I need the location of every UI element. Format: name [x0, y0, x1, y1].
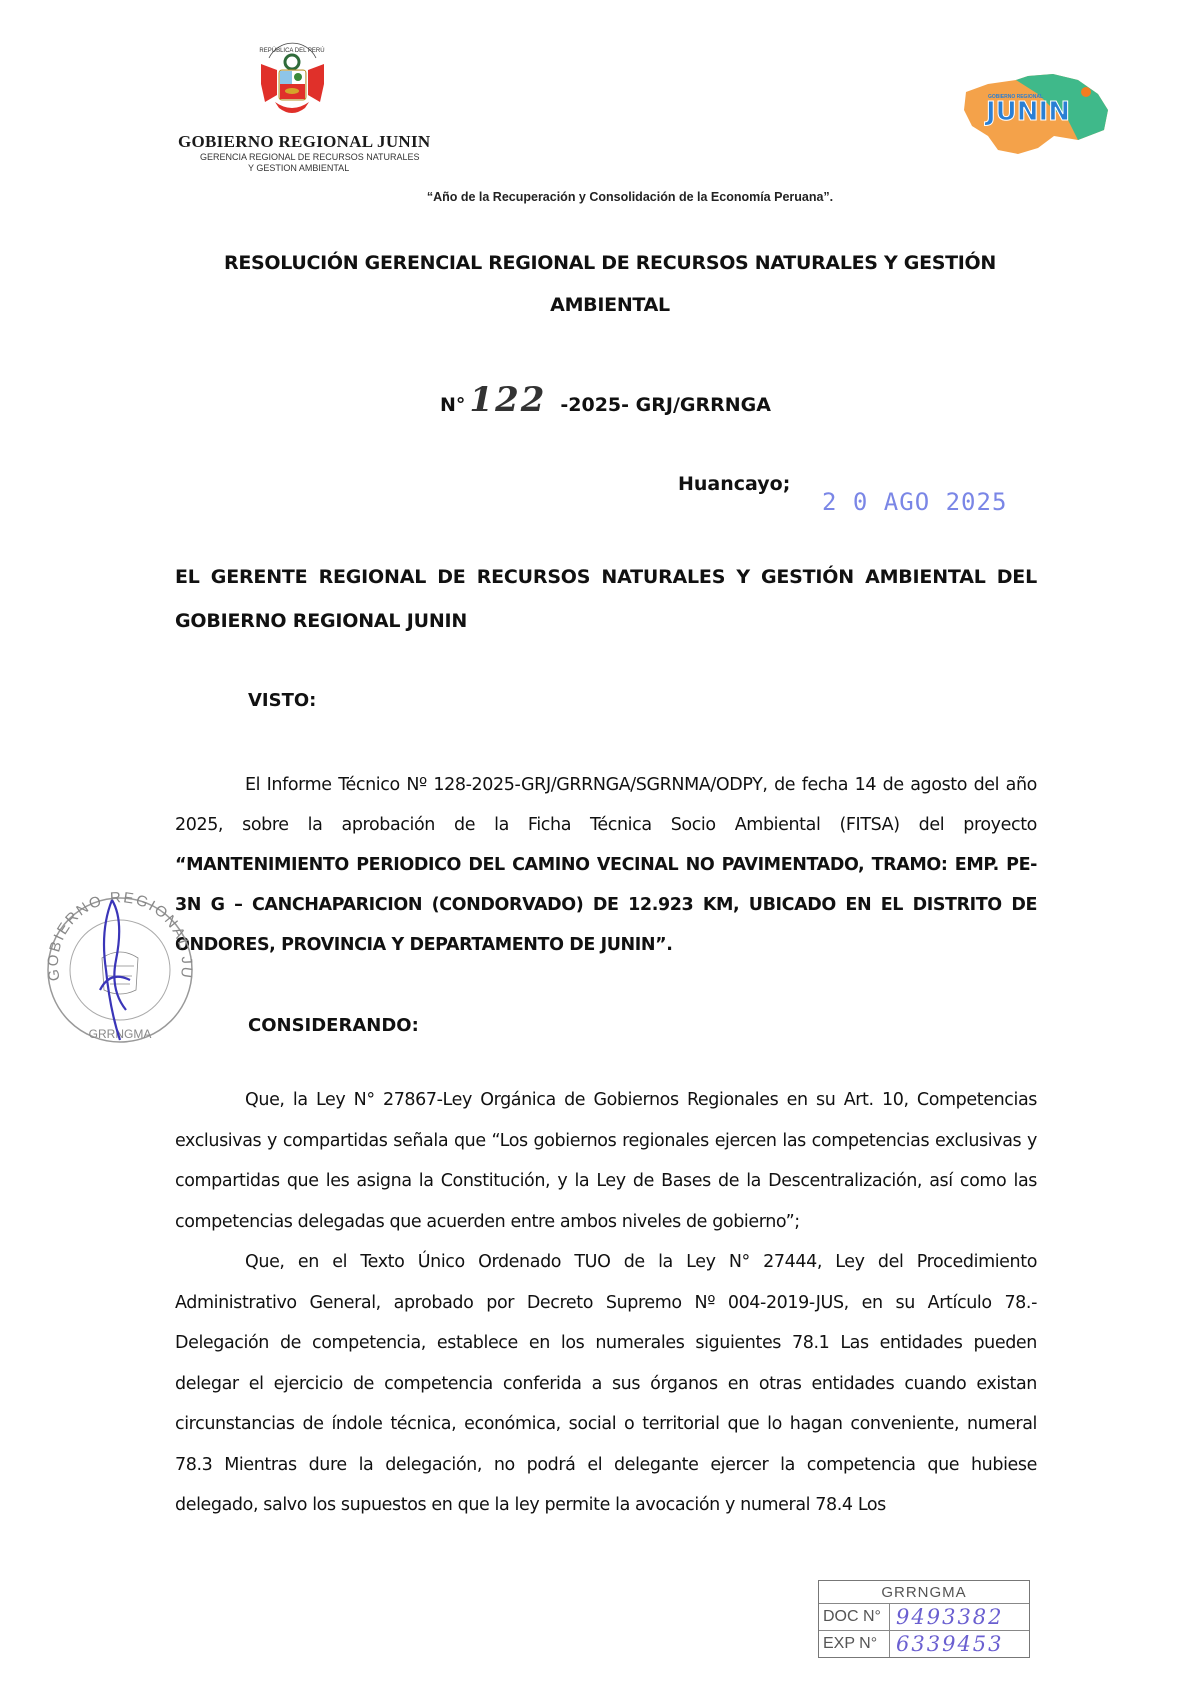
project-name: “MANTENIMIENTO PERIODICO DEL CAMINO VECI…	[175, 855, 1037, 955]
registry-stamp: GRRNGMA DOC N° 9493382 EXP N° 6339453	[818, 1580, 1030, 1658]
considerando-paragraph: Que, en el Texto Único Ordenado TUO de l…	[175, 1242, 1037, 1526]
visto-paragraph: El Informe Técnico Nº 128-2025-GRJ/GRRNG…	[175, 765, 1037, 965]
visto-text: El Informe Técnico Nº 128-2025-GRJ/GRRNG…	[175, 775, 1037, 835]
date-stamp: 2 0 AGO 2025	[822, 488, 1007, 516]
department-line-1: GERENCIA REGIONAL DE RECURSOS NATURALES	[200, 152, 420, 162]
svg-text:REPÚBLICA DEL PERÚ: REPÚBLICA DEL PERÚ	[259, 47, 324, 54]
city-label: Huancayo;	[678, 473, 790, 495]
handwritten-resolution-number: 122	[469, 380, 546, 420]
junin-region-logo: GOBIERNO REGIONAL JUNIN	[958, 70, 1113, 155]
official-seal: GOBIERNO REGIONAL JUNIN GRRNGMA	[40, 880, 220, 1060]
visto-heading: VISTO:	[248, 690, 316, 711]
doc-number-label: DOC N°	[819, 1604, 890, 1630]
organization-name: GOBIERNO REGIONAL JUNIN	[178, 132, 431, 152]
registry-office: GRRNGMA	[819, 1581, 1029, 1603]
year-motto: “Año de la Recuperación y Consolidación …	[0, 190, 1190, 204]
department-line-2: Y GESTION AMBIENTAL	[248, 163, 349, 173]
svg-text:JUNIN: JUNIN	[984, 97, 1070, 127]
resolution-number-suffix: -2025- GRJ/GRRNGA	[560, 394, 771, 416]
svg-text:GOBIERNO REGIONAL JUNIN: GOBIERNO REGIONAL JUNIN	[40, 880, 195, 982]
considerando-heading: CONSIDERANDO:	[248, 1015, 419, 1036]
resolution-number-prefix: N°	[440, 394, 465, 416]
exp-number-label: EXP N°	[819, 1631, 890, 1657]
coat-of-arms-logo: REPÚBLICA DEL PERÚ	[255, 40, 330, 120]
issuer-heading: EL GERENTE REGIONAL DE RECURSOS NATURALE…	[175, 555, 1037, 643]
considerando-paragraph: Que, la Ley N° 27867-Ley Orgánica de Gob…	[175, 1080, 1037, 1242]
resolution-title-line-2: AMBIENTAL	[150, 294, 1070, 316]
doc-number-value: 9493382	[890, 1605, 1029, 1629]
resolution-number: N°122-2025- GRJ/GRRNGA	[440, 380, 771, 420]
resolution-title-line-1: RESOLUCIÓN GERENCIAL REGIONAL DE RECURSO…	[150, 252, 1070, 274]
considerando-body: Que, la Ley N° 27867-Ley Orgánica de Gob…	[175, 1080, 1037, 1526]
exp-number-value: 6339453	[890, 1632, 1029, 1656]
